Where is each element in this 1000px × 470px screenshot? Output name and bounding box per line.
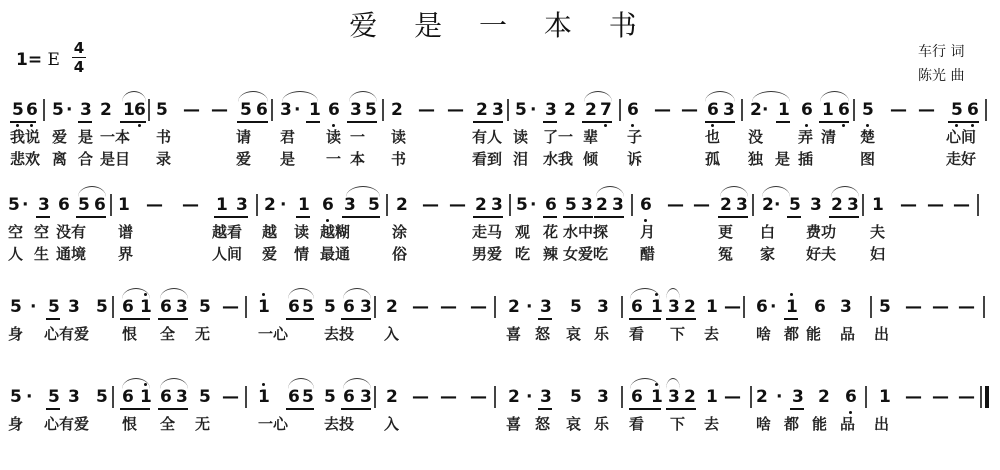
- low-octave-dot: [644, 219, 647, 222]
- lyric-verse-2: 插: [798, 150, 813, 168]
- lyric-verse-2: 录: [156, 150, 171, 168]
- lyric-verse-2: 好夫: [806, 245, 836, 263]
- barline: [621, 296, 623, 318]
- lyric-verse-1: 费功: [806, 223, 836, 241]
- lyric-verse-1: 有人: [472, 128, 502, 146]
- note: 2: [684, 387, 696, 407]
- eighth-underline: [819, 121, 849, 123]
- lyric-verse-2: 水我: [543, 150, 573, 168]
- note: 5: [10, 297, 22, 317]
- note: 3: [668, 297, 680, 317]
- time-signature-bottom: 4: [72, 59, 86, 75]
- barline: [271, 99, 273, 121]
- eighth-underline: [286, 318, 314, 320]
- note: 1: [879, 387, 891, 407]
- eighth-underline: [829, 216, 859, 218]
- dash-sustain: —: [470, 297, 487, 317]
- barline: [621, 386, 623, 408]
- note: 5: [48, 387, 60, 407]
- dash-sustain: —: [222, 297, 239, 317]
- barline: [245, 386, 247, 408]
- slur-arc: [288, 288, 314, 299]
- lyric-verse-1: 君: [280, 128, 295, 146]
- note: 3: [236, 195, 248, 215]
- note: 6: [256, 100, 268, 120]
- note: 5: [8, 195, 20, 215]
- lyric-verse-2: 倾: [583, 150, 598, 168]
- note: 6: [631, 387, 643, 407]
- lyric-verse-1: 心有爱: [44, 325, 89, 343]
- lyric-verse-1: 入: [384, 415, 399, 433]
- barline: [752, 194, 754, 216]
- note: 3: [792, 387, 804, 407]
- lyric-verse-2: 诉: [627, 150, 642, 168]
- eighth-underline: [46, 408, 60, 410]
- note: 2: [475, 195, 487, 215]
- lyric-verse-1: 心有爱: [44, 415, 89, 433]
- lyric-verse-2: 妇: [870, 245, 885, 263]
- dash-sustain: —: [932, 297, 949, 317]
- eighth-underline: [306, 121, 320, 123]
- note: 1: [258, 387, 270, 407]
- key-signature: 1= E: [16, 50, 60, 70]
- lyric-verse-1: 一: [350, 128, 365, 146]
- dash-sustain: —: [211, 100, 228, 120]
- lyric-verse-1: 恨: [122, 415, 137, 433]
- lyric-verse-1: 都: [784, 415, 799, 433]
- lyric-verse-1: 读: [513, 128, 528, 146]
- barline: [148, 99, 150, 121]
- eighth-underline: [705, 121, 735, 123]
- lyric-verse-1: 出: [874, 325, 889, 343]
- lyric-verse-1: 喜: [506, 415, 521, 433]
- note: 3: [723, 100, 735, 120]
- note: 5: [951, 100, 963, 120]
- lyric-verse-1: 去: [704, 325, 719, 343]
- barline: [112, 296, 114, 318]
- dot-augment: ·: [280, 195, 286, 215]
- lyric-verse-2: 家: [760, 245, 775, 263]
- note: 6: [801, 100, 813, 120]
- barline: [43, 99, 45, 121]
- barline: [382, 99, 384, 121]
- note: 3: [38, 195, 50, 215]
- note: 5: [199, 297, 211, 317]
- note: 3: [68, 297, 80, 317]
- lyric-verse-2: 泪: [513, 150, 528, 168]
- note: 1: [706, 387, 718, 407]
- note: 6: [160, 297, 172, 317]
- credits: 车行 词 陈光 曲: [918, 40, 964, 88]
- lyric-verse-1: 无: [195, 415, 210, 433]
- lyric-verse-1: 看: [629, 415, 644, 433]
- lyric-verse-2: 爱: [262, 245, 277, 263]
- lyric-verse-1: 水中探: [563, 223, 608, 241]
- note: 6: [838, 100, 850, 120]
- note: 5: [302, 297, 314, 317]
- note: 5: [48, 297, 60, 317]
- eighth-underline: [582, 121, 612, 123]
- eighth-underline: [784, 318, 798, 320]
- note: 6: [707, 100, 719, 120]
- note: 1: [651, 297, 663, 317]
- lyric-verse-2: 爱: [236, 150, 251, 168]
- note: 6: [94, 195, 106, 215]
- low-octave-dot: [866, 124, 869, 127]
- lyric-verse-1: 没有: [56, 223, 86, 241]
- eighth-underline: [776, 121, 790, 123]
- dot-augment: ·: [30, 297, 36, 317]
- lyric-verse-2: 人: [8, 245, 23, 263]
- dot-augment: ·: [26, 387, 32, 407]
- note: 5: [324, 387, 336, 407]
- note: 2: [508, 297, 520, 317]
- low-octave-dot: [604, 124, 607, 127]
- lyric-verse-2: 独: [748, 150, 763, 168]
- note: 1: [309, 100, 321, 120]
- eighth-underline: [120, 408, 150, 410]
- lyric-verse-2: 离: [52, 150, 67, 168]
- lyric-verse-1: 没: [748, 128, 763, 146]
- barline: [750, 386, 752, 408]
- note: 5: [302, 387, 314, 407]
- note: 3: [176, 387, 188, 407]
- barline: [110, 194, 112, 216]
- lyric-verse-1: 身: [8, 415, 23, 433]
- lyric-verse-1: 越看: [212, 223, 242, 241]
- lyric-verse-1: 啥: [756, 415, 771, 433]
- dash-sustain: —: [932, 387, 949, 407]
- lyric-verse-1: 去投: [324, 415, 354, 433]
- lyric-verse-1: 喜: [506, 325, 521, 343]
- slur-arc: [349, 91, 377, 102]
- note: 6: [288, 387, 300, 407]
- score-system: 5·36561——132·16352——235·653236——232·5323…: [0, 195, 1000, 265]
- note: 3: [360, 297, 372, 317]
- note: 1: [216, 195, 228, 215]
- lyric-verse-2: 界: [118, 245, 133, 263]
- lyric-verse-2: 男爱: [472, 245, 502, 263]
- dash-sustain: —: [958, 297, 975, 317]
- lyric-verse-1: 夫: [870, 223, 885, 241]
- lyric-verse-2: 是目: [100, 150, 130, 168]
- eighth-underline: [948, 121, 979, 123]
- lyric-verse-1: 是: [78, 128, 93, 146]
- note: 2: [756, 387, 768, 407]
- slur-arc: [343, 288, 371, 299]
- note: 6: [967, 100, 979, 120]
- eighth-underline: [473, 216, 503, 218]
- dash-sustain: —: [724, 387, 741, 407]
- lyric-verse-1: 入: [384, 325, 399, 343]
- note: 1: [706, 297, 718, 317]
- eighth-underline: [214, 216, 248, 218]
- high-octave-dot: [262, 383, 265, 386]
- note: 5: [570, 297, 582, 317]
- note: 6: [640, 195, 652, 215]
- low-octave-dot: [326, 219, 329, 222]
- dash-sustain: —: [470, 387, 487, 407]
- barline: [507, 99, 509, 121]
- note: 5: [862, 100, 874, 120]
- note: 5: [10, 387, 22, 407]
- note: 2: [391, 100, 403, 120]
- dash-sustain: —: [890, 100, 907, 120]
- note: 3: [350, 100, 362, 120]
- note: 5: [516, 195, 528, 215]
- dash-sustain: —: [654, 100, 671, 120]
- slur-arc: [630, 378, 660, 389]
- note: 6: [122, 297, 134, 317]
- dash-sustain: —: [183, 100, 200, 120]
- note: 1: [298, 195, 310, 215]
- eighth-underline: [594, 216, 624, 218]
- slur-arc: [288, 378, 314, 389]
- note: 5: [368, 195, 380, 215]
- score-system: 5·53561635—1655632———2·35361321—2·3261——…: [0, 387, 1000, 457]
- slur-arc: [752, 91, 790, 102]
- eighth-underline: [563, 216, 593, 218]
- eighth-underline: [36, 216, 50, 218]
- note: 2: [386, 387, 398, 407]
- barline: [853, 99, 855, 121]
- note: 6: [845, 387, 857, 407]
- note: 6: [58, 195, 70, 215]
- note: 6: [631, 297, 643, 317]
- barline: [862, 194, 864, 216]
- eighth-underline: [158, 318, 188, 320]
- slur-arc: [343, 378, 371, 389]
- time-signature-top: 4: [72, 40, 86, 56]
- eighth-underline: [296, 216, 310, 218]
- lyric-verse-1: 我说: [10, 128, 40, 146]
- lyric-verse-1: 了一: [543, 128, 573, 146]
- note: 1: [118, 195, 130, 215]
- lyric-verse-1: 清: [821, 128, 836, 146]
- note: 5: [240, 100, 252, 120]
- lyric-verse-2: 是: [775, 150, 790, 168]
- barline: [494, 296, 496, 318]
- dash-sustain: —: [900, 195, 917, 215]
- final-barline: [985, 386, 989, 408]
- note: 6: [122, 387, 134, 407]
- slur-arc: [160, 378, 188, 389]
- dot-augment: ·: [762, 100, 768, 120]
- note: 2: [831, 195, 843, 215]
- eighth-underline: [76, 216, 106, 218]
- note: 6: [814, 297, 826, 317]
- note: 6: [26, 100, 38, 120]
- lyric-verse-1: 去投: [324, 325, 354, 343]
- barline: [743, 296, 745, 318]
- barline: [619, 99, 621, 121]
- slur-arc: [78, 186, 106, 197]
- low-octave-dot: [332, 124, 335, 127]
- note: 1: [140, 387, 152, 407]
- lyric-verse-1: 谱: [118, 223, 133, 241]
- lyric-verse-1: 无: [195, 325, 210, 343]
- slur-arc: [282, 91, 318, 102]
- dash-sustain: —: [146, 195, 163, 215]
- lyric-verse-1: 哀: [566, 415, 581, 433]
- barline: [983, 296, 985, 318]
- lyric-verse-1: 都: [784, 325, 799, 343]
- dot-augment: ·: [22, 195, 28, 215]
- note: 6: [134, 100, 146, 120]
- note: 6: [288, 297, 300, 317]
- lyric-verse-1: 一心: [258, 325, 288, 343]
- lyric-verse-1: 哀: [566, 325, 581, 343]
- note: 3: [176, 297, 188, 317]
- note: 5: [199, 387, 211, 407]
- slur-arc: [596, 186, 624, 197]
- barline: [509, 194, 511, 216]
- note: 3: [597, 387, 609, 407]
- note: 5: [12, 100, 24, 120]
- high-octave-dot: [262, 293, 265, 296]
- low-octave-dot: [955, 124, 958, 127]
- note: 5: [96, 297, 108, 317]
- note: 3: [491, 195, 503, 215]
- lyric-verse-1: 一本: [100, 128, 130, 146]
- dash-sustain: —: [418, 100, 435, 120]
- barline: [865, 386, 867, 408]
- dash-sustain: —: [918, 100, 935, 120]
- dash-sustain: —: [440, 387, 457, 407]
- lyric-verse-2: 看到: [472, 150, 502, 168]
- dash-sustain: —: [182, 195, 199, 215]
- note: 3: [847, 195, 859, 215]
- dash-sustain: —: [958, 387, 975, 407]
- slur-arc: [160, 288, 188, 299]
- eighth-underline: [237, 121, 268, 123]
- dot-augment: ·: [776, 387, 782, 407]
- lyric-verse-2: 悲欢: [10, 150, 40, 168]
- note: 5: [515, 100, 527, 120]
- eighth-underline: [78, 121, 92, 123]
- note: 5: [78, 195, 90, 215]
- lyric-verse-1: 啥: [756, 325, 771, 343]
- lyric-verse-2: 最通: [320, 245, 350, 263]
- note: 2: [684, 297, 696, 317]
- slur-arc: [820, 91, 849, 102]
- barline: [741, 99, 743, 121]
- lyric-verse-1: 看: [629, 325, 644, 343]
- low-octave-dot: [805, 124, 808, 127]
- dash-sustain: —: [412, 297, 429, 317]
- note: 2: [596, 195, 608, 215]
- lyric-verse-2: 情: [294, 245, 309, 263]
- eighth-underline: [286, 408, 314, 410]
- dash-sustain: —: [693, 195, 710, 215]
- note: 5: [565, 195, 577, 215]
- dot-augment: ·: [294, 100, 300, 120]
- lyric-verse-2: 本: [350, 150, 365, 168]
- lyric-verse-2: 通境: [56, 245, 86, 263]
- note: 3: [668, 387, 680, 407]
- dash-sustain: —: [905, 297, 922, 317]
- lyric-verse-2: 醋: [640, 245, 655, 263]
- note: 5: [324, 297, 336, 317]
- slur-arc: [666, 288, 680, 299]
- note: 3: [68, 387, 80, 407]
- barline: [870, 296, 872, 318]
- note: 3: [280, 100, 292, 120]
- eighth-underline: [666, 318, 696, 320]
- lyric-verse-1: 弄: [798, 128, 813, 146]
- note: 3: [540, 387, 552, 407]
- lyric-verse-1: 越糊: [320, 223, 350, 241]
- song-title: 爱 是 一 本 书: [0, 4, 1000, 44]
- note: 5: [96, 387, 108, 407]
- slur-arc: [122, 288, 150, 299]
- low-octave-dot: [138, 124, 141, 127]
- lyricist-credit: 车行 词: [918, 40, 964, 64]
- lyric-verse-1: 品: [840, 325, 855, 343]
- note: 2: [818, 387, 830, 407]
- lyric-verse-1: 怒: [535, 325, 550, 343]
- dash-sustain: —: [724, 297, 741, 317]
- barline: [494, 386, 496, 408]
- eighth-underline: [158, 408, 188, 410]
- dot-augment: ·: [526, 387, 532, 407]
- lyric-verse-2: 女爱吃: [563, 245, 608, 263]
- eighth-underline: [473, 121, 503, 123]
- note: 1: [140, 297, 152, 317]
- lyric-verse-1: 空: [34, 223, 49, 241]
- slur-arc: [762, 186, 790, 197]
- note: 5: [789, 195, 801, 215]
- note: 3: [540, 297, 552, 317]
- dash-sustain: —: [412, 387, 429, 407]
- dash-sustain: —: [667, 195, 684, 215]
- note: 3: [344, 195, 356, 215]
- barline: [256, 194, 258, 216]
- note: 2: [750, 100, 762, 120]
- dash-sustain: —: [953, 195, 970, 215]
- barline: [112, 386, 114, 408]
- lyric-verse-2: 孤: [705, 150, 720, 168]
- note: 1: [651, 387, 663, 407]
- eighth-underline: [341, 318, 371, 320]
- note: 3: [80, 100, 92, 120]
- lyric-verse-2: 冤: [718, 245, 733, 263]
- key-prefix: 1=: [16, 50, 42, 70]
- lyric-verse-1: 心间: [946, 128, 976, 146]
- note: 3: [736, 195, 748, 215]
- eighth-underline: [718, 216, 748, 218]
- barline: [374, 386, 376, 408]
- note: 2: [476, 100, 488, 120]
- eighth-underline: [347, 121, 377, 123]
- lyric-verse-1: 能: [812, 415, 827, 433]
- note: 3: [840, 297, 852, 317]
- slur-arc: [346, 186, 380, 197]
- eighth-underline: [543, 121, 557, 123]
- slur-arc: [666, 378, 680, 389]
- low-octave-dot: [631, 124, 634, 127]
- eighth-underline: [629, 408, 661, 410]
- note: 3: [581, 195, 593, 215]
- note: 6: [322, 195, 334, 215]
- dot-augment: ·: [774, 195, 780, 215]
- score-system: 5·53561635—1655632———2·35361321—6·1635——…: [0, 297, 1000, 367]
- low-octave-dot: [971, 124, 974, 127]
- low-octave-dot: [30, 124, 33, 127]
- note: 2: [264, 195, 276, 215]
- eighth-underline: [538, 318, 552, 320]
- dot-augment: ·: [66, 100, 72, 120]
